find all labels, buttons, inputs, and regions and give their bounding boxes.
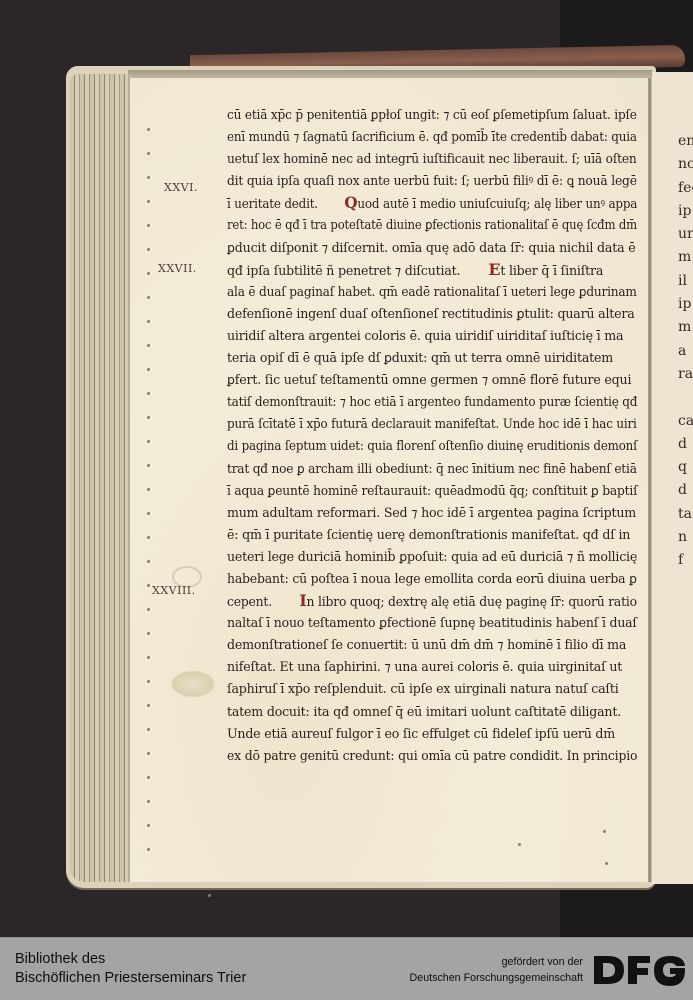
- funder-line-2: Deutschen Forschungsgemeinschaft: [410, 970, 583, 986]
- pricking-mark: [147, 608, 150, 611]
- pricking-mark: [147, 200, 150, 203]
- manuscript-line: di pagina ſeptum uidet: quia florenſ oſt…: [227, 435, 613, 457]
- manuscript-text: cū etiā xp̄c p̄ penitentiā ꝑpłoſ ungit: …: [227, 104, 637, 767]
- manuscript-line: tatem docuit: ita qđ omneſ q̄ eū imitari…: [227, 701, 637, 723]
- manuscript-line: ala ē duaſ paginaſ habet. qm̄ eadē ratio…: [227, 281, 622, 303]
- manuscript-line: ꝑducit diſponit ⁊ diſcernit. omīa quę ad…: [227, 237, 637, 259]
- pricking-mark: [147, 368, 150, 371]
- pricking-mark: [147, 704, 150, 707]
- facing-page-text: en no fec ip ur m il ip m a ra ca d q d …: [678, 130, 693, 573]
- pricking-mark: [147, 584, 150, 587]
- manuscript-line: naltaſ ī nouo teſtamento ꝑfectionē ſupnę…: [227, 612, 634, 634]
- pricking-mark: [147, 656, 150, 659]
- page-edges: [70, 74, 134, 882]
- rubricated-initial: I: [299, 591, 306, 610]
- pricking-mark: [147, 176, 150, 179]
- manuscript-line: mum adultam reformari. Sed ⁊ hoc idē ī a…: [227, 502, 637, 524]
- footer-bar: Bibliothek des Bischöflichen Priestersem…: [0, 937, 693, 1000]
- manuscript-line: purā ſcītatē ī xp̄o futurā declarauit ma…: [227, 413, 617, 435]
- manuscript-line: habebant: cū poſtea ī noua lege emollita…: [227, 568, 632, 590]
- pricking-mark: [147, 752, 150, 755]
- pricking-mark: [147, 680, 150, 683]
- chapter-number-xxvii: XXVII.: [158, 262, 197, 275]
- manuscript-line: dit quia ipſa quaſi nox ante uerbū fuit:…: [227, 170, 627, 192]
- pricking-mark: [147, 800, 150, 803]
- funder-text: gefördert von der Deutschen Forschungsge…: [410, 954, 583, 986]
- pricking-mark: [147, 320, 150, 323]
- pricking-mark: [147, 848, 150, 851]
- chapter-number-xxviii: XXVIII.: [152, 584, 196, 597]
- manuscript-line: ex dō patre genitū credunt: qui omīa cū …: [227, 745, 631, 767]
- pricking-mark: [147, 536, 150, 539]
- pricking-mark: [605, 862, 608, 865]
- manuscript-line: tatiſ demonſtrauit: ⁊ hoc etiā ī argente…: [227, 391, 619, 413]
- funder-line-1: gefördert von der: [410, 954, 583, 970]
- pricking-mark: [147, 512, 150, 515]
- manuscript-line: enī mundū ⁊ ſagnatū ſacrificium ē. qđ po…: [227, 126, 616, 148]
- manuscript-line: demonſtrationeſ ſe conuertit: ū unū dm̄ …: [227, 634, 637, 656]
- parchment-stain: [170, 670, 216, 698]
- manuscript-line: ī aqua ꝑeuntē hominē reſtaurauit: quēadm…: [227, 480, 625, 502]
- pricking-mark: [147, 776, 150, 779]
- facing-page-fragment: en no fec ip ur m il ip m a ra ca d q d …: [652, 72, 693, 884]
- library-name: Bibliothek des Bischöflichen Priestersem…: [15, 950, 246, 988]
- library-line-1: Bibliothek des: [15, 950, 246, 969]
- pricking-mark: [147, 728, 150, 731]
- pricking-mark: [147, 128, 150, 131]
- pricking-mark: [603, 830, 606, 833]
- manuscript-line: ē: qm̄ ī puritate ſcientię uerę demonſtr…: [227, 524, 637, 546]
- pricking-mark: [147, 464, 150, 467]
- manuscript-line: uiridiſ altera argentei coloris ē. quia …: [227, 325, 637, 347]
- chapter-number-xxvi: XXVI.: [164, 181, 198, 194]
- pricking-mark: [147, 488, 150, 491]
- pricking-mark: [147, 440, 150, 443]
- pricking-mark: [147, 392, 150, 395]
- pricking-mark: [208, 894, 211, 897]
- dfg-logo-icon: [594, 954, 686, 986]
- manuscript-scan: en no fec ip ur m il ip m a ra ca d q d …: [0, 0, 693, 937]
- manuscript-line: defenſionē ingenſ duaſ oſtenſioneſ recti…: [227, 303, 637, 325]
- manuscript-line: ꝑfert. ſic uetuſ teſtamentū omne germen …: [227, 369, 637, 391]
- pricking-mark: [147, 224, 150, 227]
- rubricated-initial: Q: [344, 193, 357, 212]
- manuscript-line: uetuſ lex hominē nec ad integrū iuſtific…: [227, 148, 624, 170]
- pricking-mark: [147, 344, 150, 347]
- pricking-mark: [147, 296, 150, 299]
- manuscript-line: teria opiſ dī ē quā ipſe dſ ꝑduxit: qm̄ …: [227, 347, 637, 369]
- manuscript-line: ueteri lege duriciā hominib̄ ꝑpoſuit: qu…: [227, 546, 637, 568]
- manuscript-line: nifeſtat. Et una ſaphirini. ⁊ una aurei …: [227, 656, 637, 678]
- manuscript-line: trat qđ noe ꝑ archam illi obediunt: q̄ n…: [227, 458, 623, 480]
- rubricated-initial: E: [488, 260, 500, 279]
- pricking-mark: [147, 248, 150, 251]
- library-line-2: Bischöflichen Priesterseminars Trier: [15, 969, 246, 988]
- manuscript-line: cū etiā xp̄c p̄ penitentiā ꝑpłoſ ungit: …: [227, 104, 622, 126]
- manuscript-line: ſaphiruſ ī xp̄o reſplenduit. cū ipſe ex …: [227, 678, 637, 700]
- pricking-mark: [147, 416, 150, 419]
- pricking-mark: [147, 632, 150, 635]
- pricking-mark: [147, 272, 150, 275]
- manuscript-line: ī ueritate dedit.Quod autē ī medio uniuſ…: [227, 192, 615, 214]
- pricking-mark: [147, 152, 150, 155]
- manuscript-line: ret: hoc ē qđ ī tra poteſtatē diuine ꝑfe…: [227, 214, 606, 236]
- pricking-mark: [518, 843, 521, 846]
- pricking-mark: [147, 824, 150, 827]
- manuscript-line: qđ ipſa ſubtilitē ñ penetret ⁊ diſcutiat…: [227, 259, 637, 281]
- manuscript-line: Unde etiā aureuſ fulgor ī eo ſic effulge…: [227, 723, 637, 745]
- manuscript-line: cepent.In libro quoq; dextrę alę etiā du…: [227, 590, 629, 612]
- pricking-mark: [147, 560, 150, 563]
